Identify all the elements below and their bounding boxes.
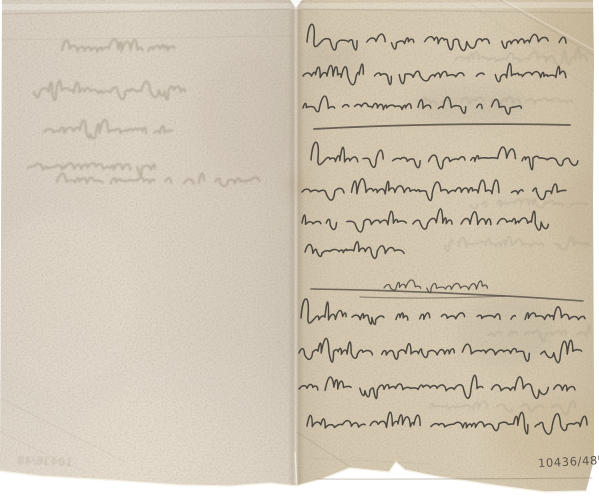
manuscript-svg: 10436/48r 10436/48 (0, 0, 599, 501)
fold-crease (288, 0, 304, 487)
archival-number-ghost: 10436/48 (17, 455, 72, 469)
manuscript-scan: 10436/48r 10436/48 (0, 0, 599, 501)
